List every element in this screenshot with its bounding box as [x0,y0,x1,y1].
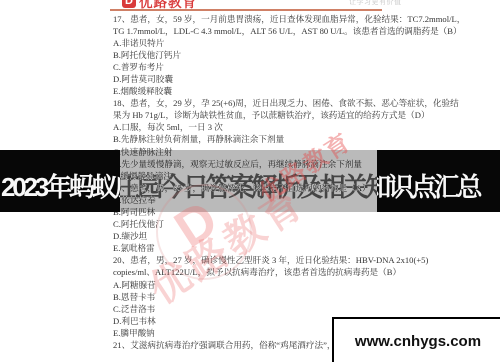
site-url-box: www.cnhygs.com [332,317,500,362]
document-line: copies/ml、ALT122U/L，拟予以抗病毒治疗，该患者首选的抗病毒药是… [113,266,500,278]
document-line: 18、患者，女，29 岁，孕 25(+6)周，近日出现乏力、困倦、食欲不振、恶心… [113,97,500,109]
document-line: C.阿托伐他汀 [113,218,500,230]
document-line: C.泛昔洛韦 [113,303,500,315]
document-line: E.烟酸缓释胶囊 [113,85,500,97]
document-line: 果为 Hb 71g/L，诊断为缺铁性贫血，予以蔗糖铁治疗，该药适宜的给药方式是（… [113,109,500,121]
brand-logo: D 优路教育 [122,0,197,9]
document-line: D.缬沙坦 [113,230,500,242]
document-line: 17、患者，女，59 岁，一月前患胃溃疡，近日查体发现血脂异常，化验结果：TC7… [113,13,500,25]
document-line: TG 1.7mmol/L，LDL-C 4.3 mmol/L，ALT 56 U/L… [113,25,500,37]
document-line: D.阿昔莫司胶囊 [113,73,500,85]
document-line: A.阿糖腺苷 [113,279,500,291]
header-divider-line [110,9,382,11]
document-line: B.先静脉注射负荷剂量，再静脉滴注余下剂量 [113,133,500,145]
banner-title: 2023年蚂蚁庄园今日答案解析及相关知识点汇总 [1,167,500,204]
document-line: B.恩替卡韦 [113,291,500,303]
document-line: C.普罗布考片 [113,61,500,73]
brand-logo-icon: D [122,0,136,8]
site-url: www.cnhygs.com [355,333,481,350]
document-line: E.氯吡格雷 [113,242,500,254]
document-line: B.阿托伐他汀钙片 [113,49,500,61]
document-line: A.非诺贝特片 [113,37,500,49]
document-page: D 优路教育 让学习更有价值 17、患者，女，59 岁，一月前患胃溃疡，近日查体… [0,0,500,362]
document-line: A.口服，每次 5ml，一日 3 次 [113,121,500,133]
document-line: 20、患者，男，27 岁，确诊慢性乙型肝炎 3 年，近日化验结果：HBV-DNA… [113,254,500,266]
brand-slogan: 让学习更有价值 [349,0,402,7]
